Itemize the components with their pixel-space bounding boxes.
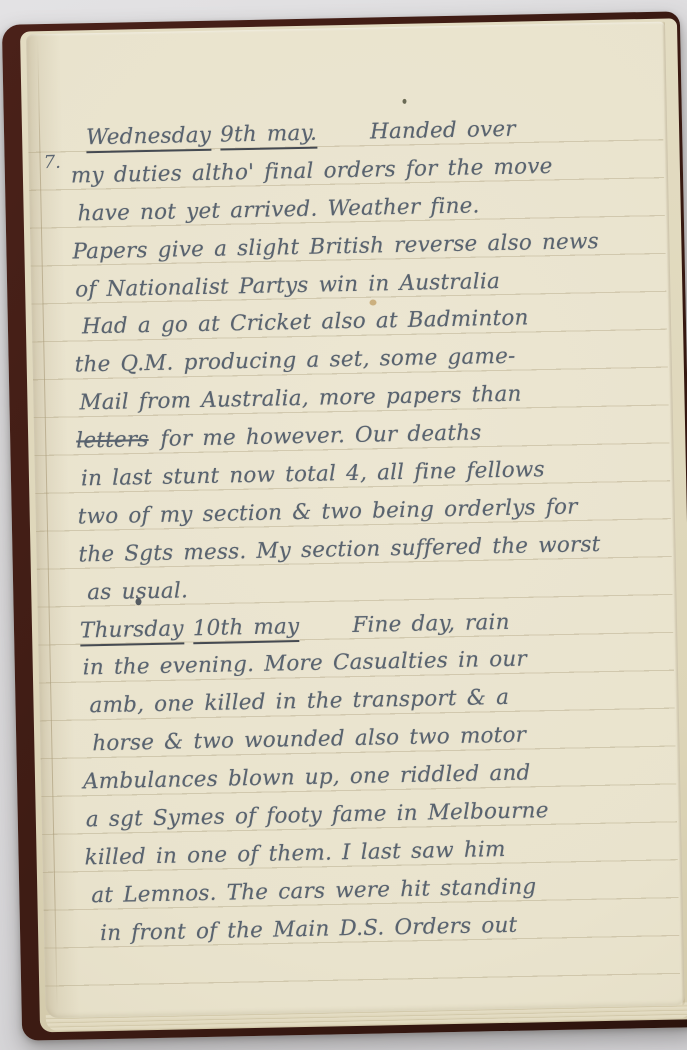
ink-blot [135,598,141,605]
diary-notebook: 7. Wednesday9th may.Handed over my dutie… [2,11,687,1040]
diary-page: 7. Wednesday9th may.Handed over my dutie… [26,22,685,1019]
handwriting-block: Wednesday9th may.Handed over my duties a… [28,108,681,1019]
date-heading: Thursday [80,616,184,646]
date-heading: Wednesday [86,123,212,154]
date-heading: 10th may [192,614,299,644]
date-heading: 9th may. [220,121,317,151]
struck-word: letters [76,427,149,453]
paper-speck [402,99,406,104]
